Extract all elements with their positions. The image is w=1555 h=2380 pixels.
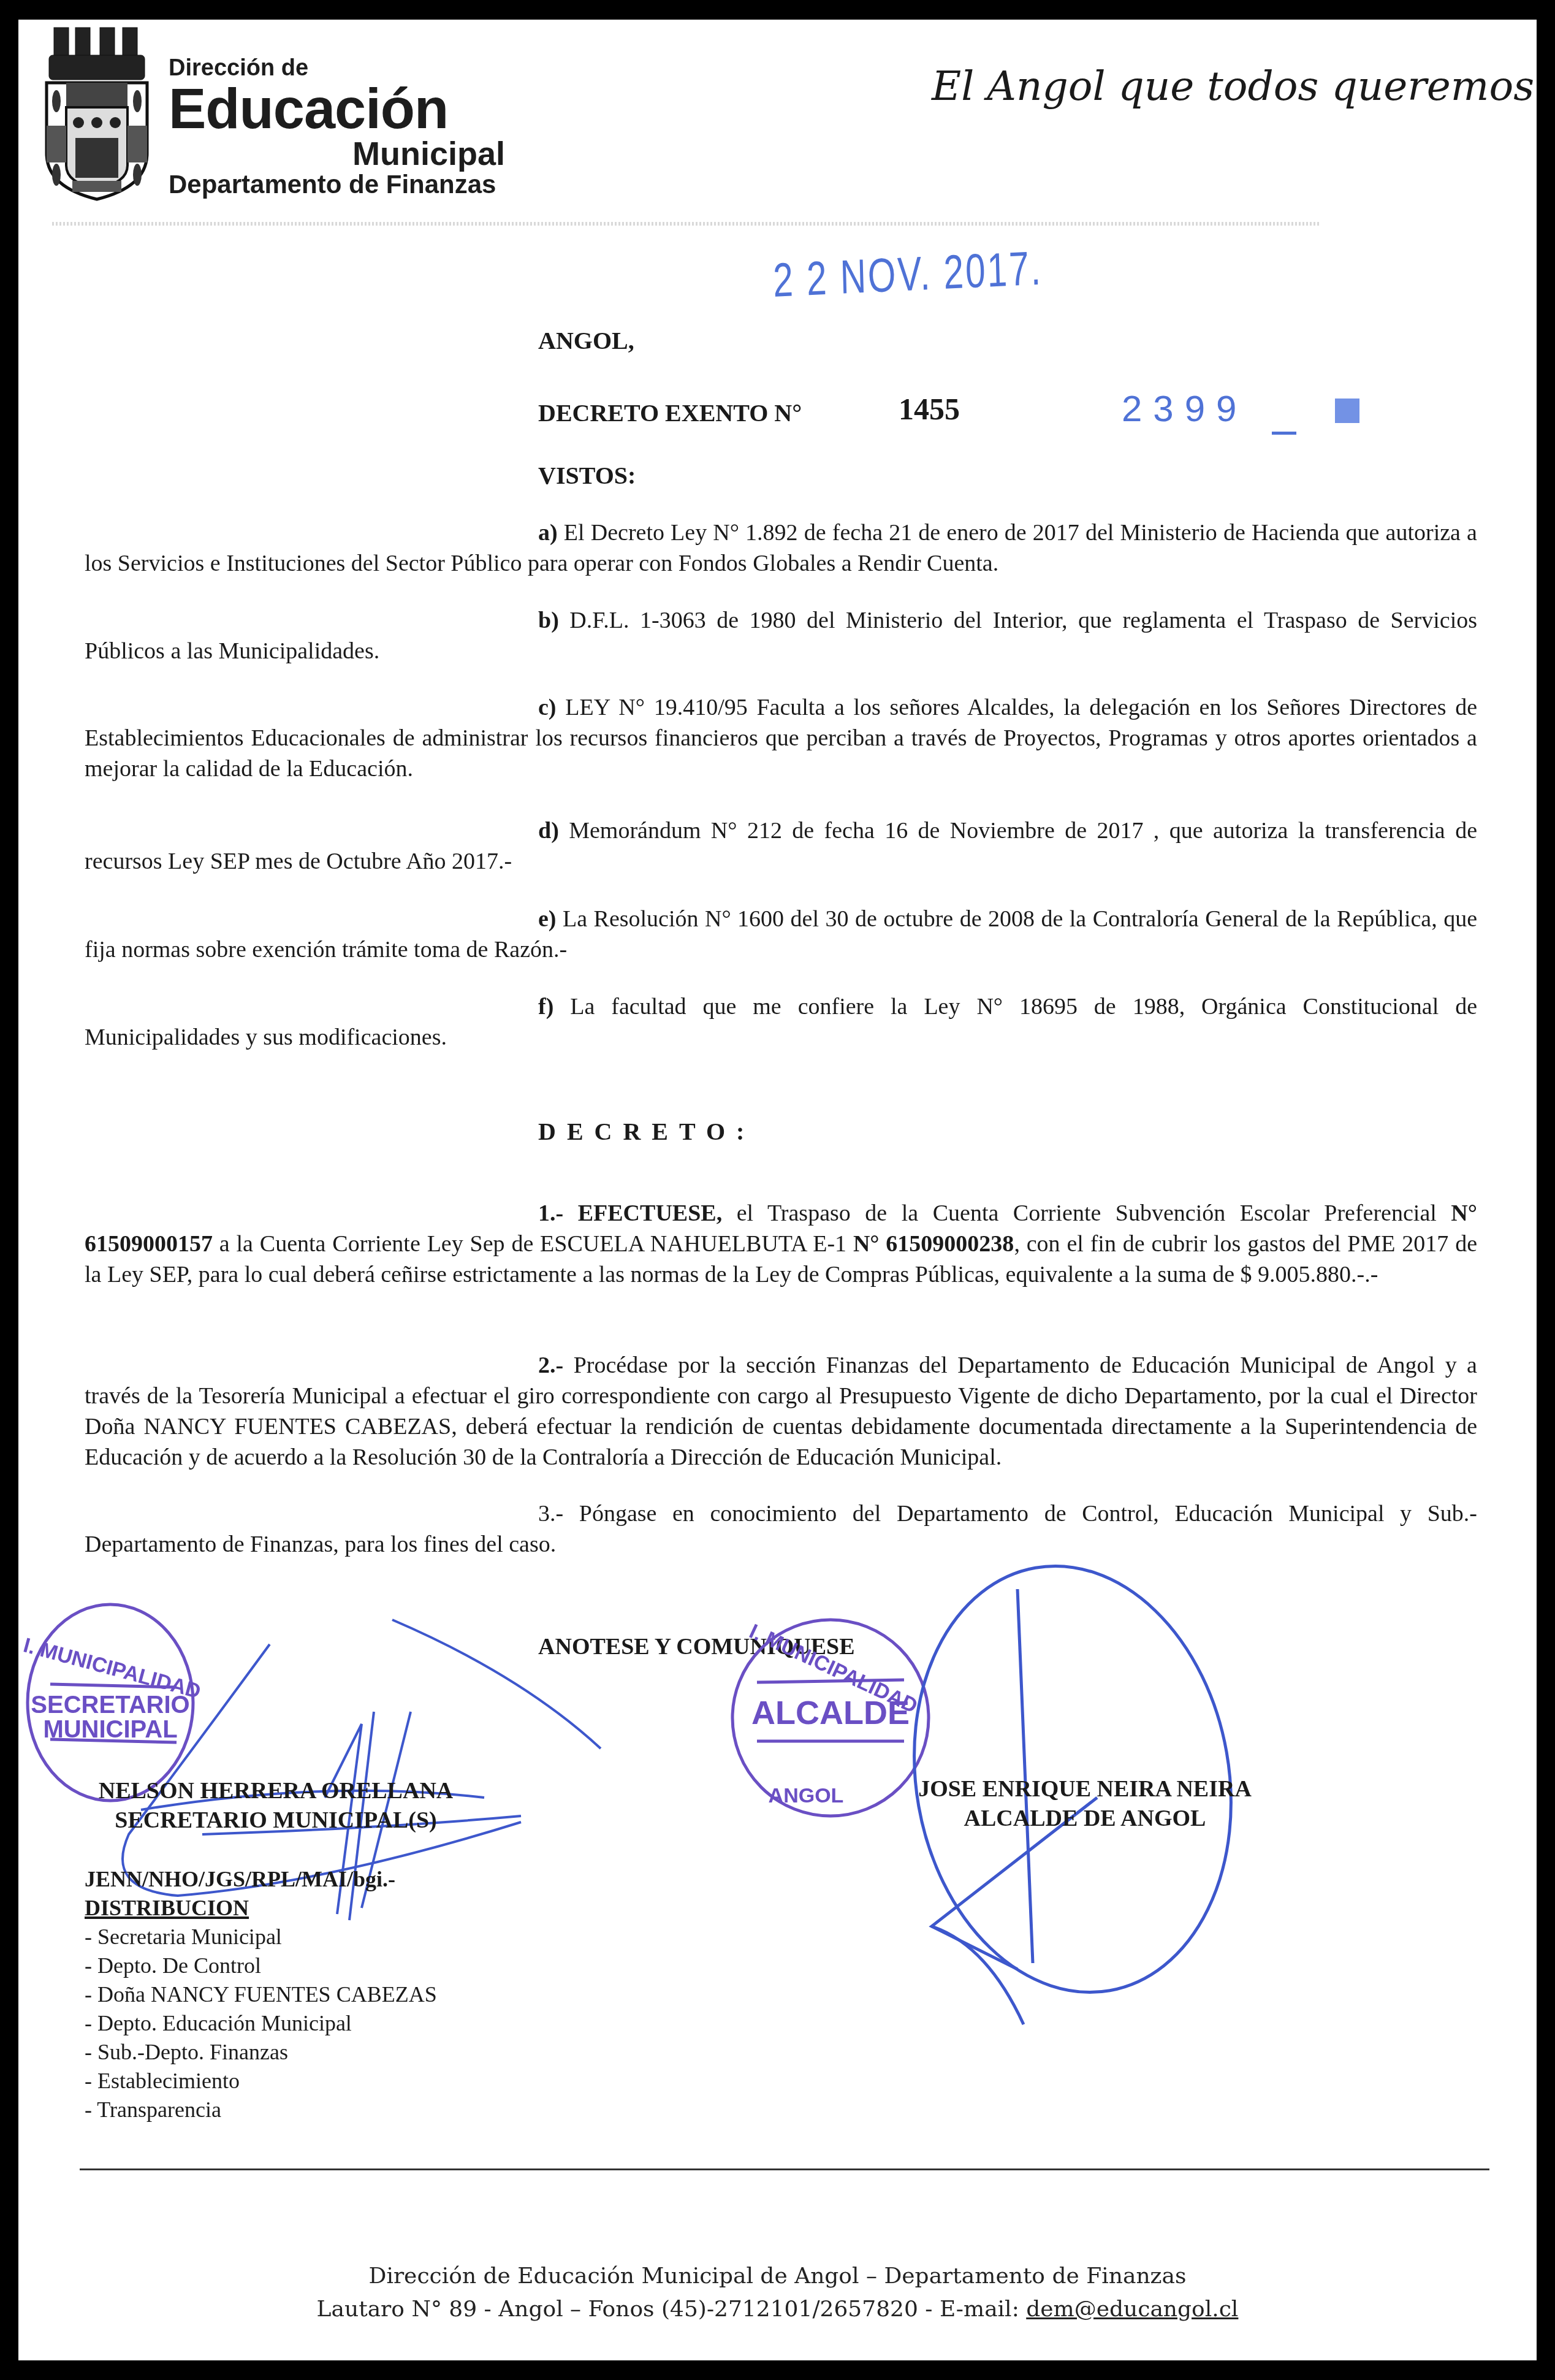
alcalde-name: JOSE ENRIQUE NEIRA NEIRA <box>895 1774 1275 1804</box>
date-stamp: 2 2 NOV. 2017. <box>772 240 1043 308</box>
email-link[interactable]: dem@educangol.cl <box>1026 2297 1238 2322</box>
visto-f: f) La facultad que me confiere la Ley N°… <box>85 991 1477 1053</box>
decree-label: DECRETO EXENTO N° <box>538 399 802 427</box>
initials: JENN/NHO/JGS/RPL/MAI/bgi.- <box>85 1865 437 1894</box>
footer-divider <box>80 2168 1489 2170</box>
stamp-block-mark <box>1335 399 1359 423</box>
svg-text:ANGOL: ANGOL <box>769 1784 844 1807</box>
distribution-block: JENN/NHO/JGS/RPL/MAI/bgi.- DISTRIBUCION … <box>85 1865 437 2124</box>
stamp-dash <box>1272 432 1296 435</box>
closing-text: ANOTESE Y COMUNIQUESE <box>538 1633 855 1660</box>
brand-line-educacion: Educación <box>169 81 448 137</box>
visto-d: d) Memorándum N° 212 de fecha 16 de Novi… <box>85 815 1477 877</box>
number-stamp: 2399 <box>1122 387 1247 430</box>
article-2: 2.- Procédase por la sección Finanzas de… <box>85 1350 1477 1473</box>
motto: El Angol que todos queremos <box>932 63 1534 110</box>
document-page: Dirección de Educación Municipal Departa… <box>18 20 1537 2360</box>
visto-c: c) LEY N° 19.410/95 Faculta a los señore… <box>85 692 1477 784</box>
header-divider <box>52 222 1321 226</box>
distribution-item: - Establecimiento <box>85 2067 437 2096</box>
footer-line-1: Dirección de Educación Municipal de Ango… <box>18 2264 1537 2289</box>
alcalde-title: ALCALDE DE ANGOL <box>895 1804 1275 1833</box>
svg-text:ALCALDE: ALCALDE <box>751 1695 910 1731</box>
signatory-secretario: NELSON HERRERA ORELLANA SECRETARIO MUNIC… <box>92 1776 460 1835</box>
article-1: 1.- EFECTUESE, el Traspaso de la Cuenta … <box>85 1198 1477 1290</box>
distribution-item: - Transparencia <box>85 2096 437 2124</box>
brand-line-municipal: Municipal <box>352 137 505 170</box>
distribution-item: - Depto. De Control <box>85 1951 437 1980</box>
secretario-title: SECRETARIO MUNICIPAL(S) <box>92 1806 460 1835</box>
vistos-heading: VISTOS: <box>538 461 636 490</box>
svg-text:SECRETARIO: SECRETARIO <box>31 1692 189 1718</box>
distribution-item: - Secretaria Municipal <box>85 1923 437 1951</box>
distribution-heading: DISTRIBUCION <box>85 1894 437 1923</box>
svg-text:I. MUNICIPALIDAD: I. MUNICIPALIDAD <box>21 1633 203 1703</box>
distribution-item: - Depto. Educación Municipal <box>85 2009 437 2038</box>
footer-line-2: Lautaro N° 89 - Angol – Fonos (45)-27121… <box>18 2297 1537 2322</box>
secretario-name: NELSON HERRERA ORELLANA <box>92 1776 460 1806</box>
distribution-item: - Doña NANCY FUENTES CABEZAS <box>85 1980 437 2009</box>
decree-number: 1455 <box>899 391 960 427</box>
visto-b: b) D.F.L. 1-3063 de 1980 del Ministerio … <box>85 605 1477 666</box>
svg-text:MUNICIPAL: MUNICIPAL <box>43 1716 177 1743</box>
city-heading: ANGOL, <box>538 326 634 355</box>
distribution-item: - Sub.-Depto. Finanzas <box>85 2038 437 2067</box>
brand-block: Dirección de Educación Municipal Departa… <box>169 56 448 137</box>
signatory-alcalde: JOSE ENRIQUE NEIRA NEIRA ALCALDE DE ANGO… <box>895 1774 1275 1833</box>
visto-e: e) La Resolución N° 1600 del 30 de octub… <box>85 904 1477 965</box>
brand-line-departamento: Departamento de Finanzas <box>169 172 496 197</box>
secretario-seal <box>28 1604 193 1801</box>
article-3: 3.- Póngase en conocimiento del Departam… <box>85 1498 1477 1560</box>
decreto-heading: DECRETO: <box>538 1117 755 1146</box>
municipal-crest-logo <box>42 25 152 202</box>
brand-line-direccion: Dirección de <box>169 56 448 80</box>
visto-a: a) El Decreto Ley N° 1.892 de fecha 21 d… <box>85 517 1477 579</box>
